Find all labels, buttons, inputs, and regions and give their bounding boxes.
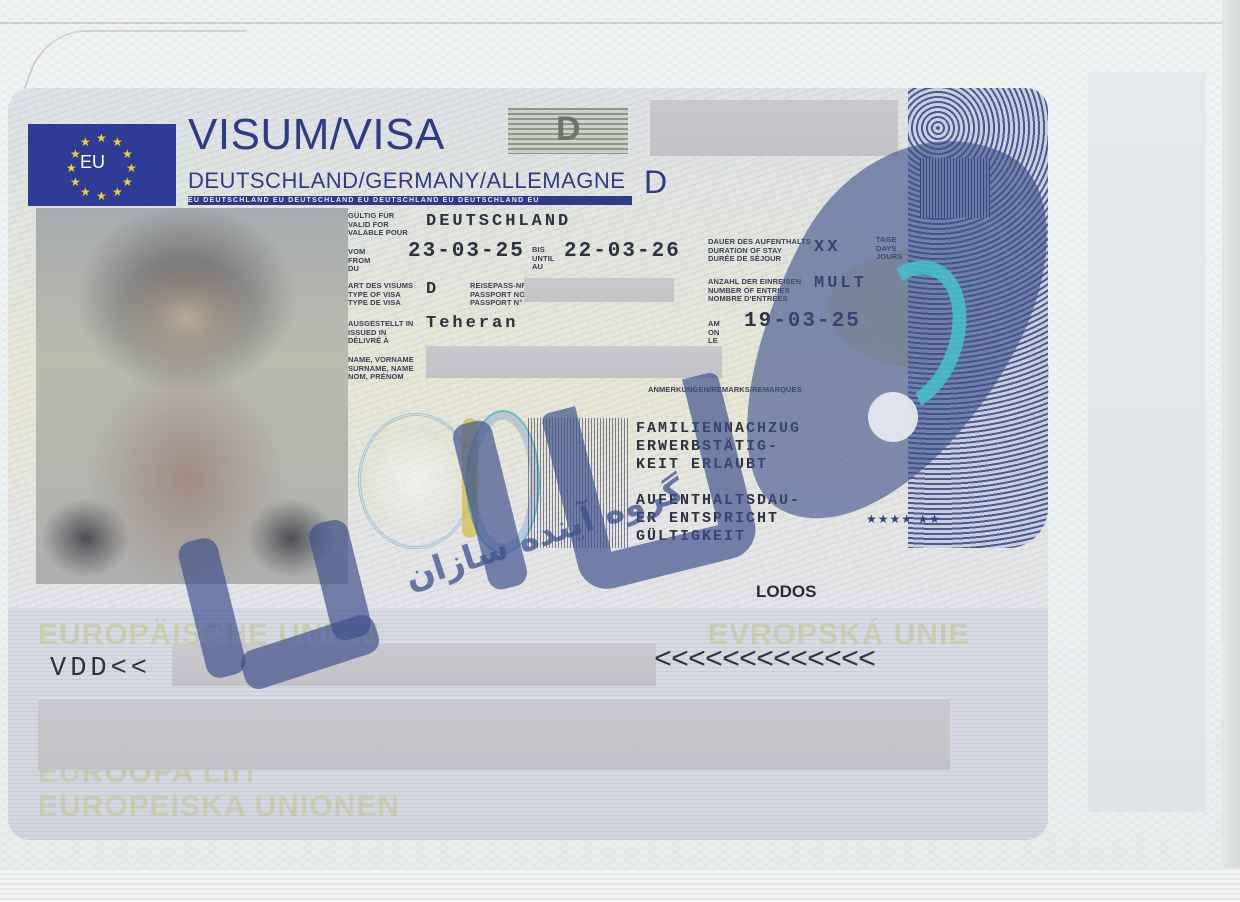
until-label: BIS UNTIL AU — [532, 246, 555, 272]
valid-for-label: GÜLTIG FÜR VALID FOR VALABLE POUR — [348, 212, 408, 238]
mrz-line-1-start: VDD<< — [50, 654, 151, 684]
valid-for-value: DEUTSCHLAND — [426, 212, 571, 231]
issuing-country: DEUTSCHLAND/GERMANY/ALLEMAGNE — [188, 168, 625, 194]
type-of-visa-label: ART DES VISUMS TYPE OF VISA TYPE DE VISA — [348, 282, 413, 308]
page-edge-right — [1222, 0, 1240, 902]
redacted-visa-number — [650, 100, 898, 156]
redacted-page-number-area — [1088, 72, 1206, 812]
eu-flag-icon: ★ ★ ★ ★ ★ ★ ★ ★ ★ ★ ★ ★ EU — [28, 124, 176, 206]
mrz-line-1-filler: <<<<<<<<<<<<< — [654, 644, 875, 678]
name-label: NAME, VORNAME SURNAME, NAME NOM, PRÉNOM — [348, 356, 414, 382]
kinegram-letter: D — [556, 110, 581, 149]
background-print-word: EUROPEISKA UNIONEN — [38, 790, 400, 824]
issued-on-label: AM ON LE — [708, 320, 720, 346]
type-of-visa-value: D — [426, 280, 439, 299]
passport-number-label: REISEPASS-NR. PASSPORT No PASSPORT N° — [470, 282, 529, 308]
page-fold-line — [0, 22, 1240, 24]
eu-label: EU — [80, 152, 105, 173]
from-label: VOM FROM DU — [348, 248, 370, 274]
microprint-line: EU DEUTSCHLAND EU DEUTSCHLAND EU DEUTSCH… — [188, 196, 632, 205]
visa-title: VISUM/VISA — [188, 110, 445, 160]
visa-category-letter: D — [644, 164, 667, 201]
from-date: 23-03-25 — [408, 240, 525, 263]
issued-in-value: Teheran — [426, 314, 518, 333]
holder-photo-blurred — [36, 208, 348, 584]
issued-in-label: AUSGESTELLT IN ISSUED IN DÉLIVRÉ À — [348, 320, 413, 346]
issuing-officer-signature: LODOS — [756, 582, 816, 602]
page-edge-bottom — [0, 868, 1240, 902]
until-date: 22-03-26 — [564, 240, 681, 263]
redacted-mrz-line-2 — [38, 700, 950, 770]
redacted-passport-number — [524, 278, 674, 302]
star-row-icon: ★★★★ ★★ — [866, 512, 941, 526]
redacted-holder-name — [426, 346, 722, 378]
